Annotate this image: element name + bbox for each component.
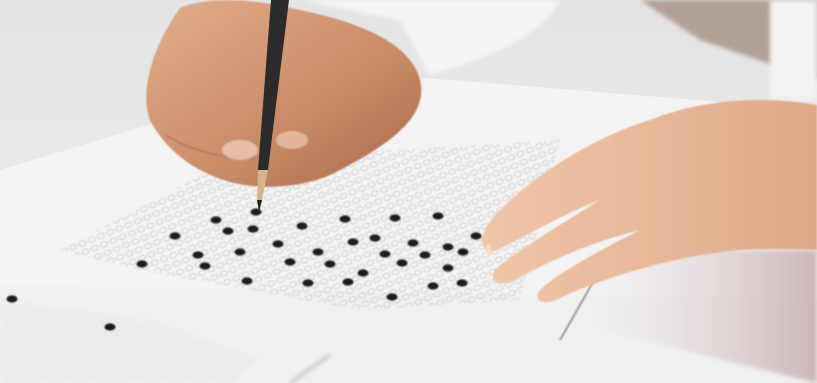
filled-bubble [340, 215, 351, 222]
filled-bubble [428, 282, 439, 289]
filled-bubble [358, 269, 369, 276]
filled-bubble [193, 251, 204, 258]
filled-bubble [242, 277, 253, 284]
filled-bubble [223, 227, 234, 234]
filled-bubble [137, 260, 148, 267]
filled-bubble [408, 239, 419, 246]
filled-bubble [370, 234, 381, 241]
filled-bubble [471, 232, 482, 239]
filled-bubble [458, 248, 469, 255]
filled-bubble [273, 240, 284, 247]
filled-bubble [457, 279, 468, 286]
filled-bubble [325, 260, 336, 267]
filled-bubble [211, 216, 222, 223]
filled-bubble [390, 214, 401, 221]
filled-bubble [170, 232, 181, 239]
filled-bubble [433, 212, 444, 219]
filled-bubble [443, 264, 454, 271]
filled-bubble [285, 258, 296, 265]
filled-bubble [7, 295, 18, 302]
filled-bubble [380, 250, 391, 257]
filled-bubble [387, 293, 398, 300]
filled-bubble [200, 262, 211, 269]
filled-bubble [105, 323, 116, 330]
filled-bubble [420, 251, 431, 258]
right-sleeve [770, 0, 817, 100]
filled-bubble [303, 279, 314, 286]
filled-bubble [297, 222, 308, 229]
photo-canvas [0, 0, 817, 383]
filled-bubble [251, 208, 262, 215]
filled-bubble [313, 248, 324, 255]
omr-answer-sheet-photo: A right hand holds a pencil filling bubb… [0, 0, 817, 383]
filled-bubble [343, 278, 354, 285]
filled-bubble [248, 225, 259, 232]
filled-bubble [443, 243, 454, 250]
filled-bubble [397, 259, 408, 266]
filled-bubble [348, 238, 359, 245]
filled-bubble [235, 248, 246, 255]
